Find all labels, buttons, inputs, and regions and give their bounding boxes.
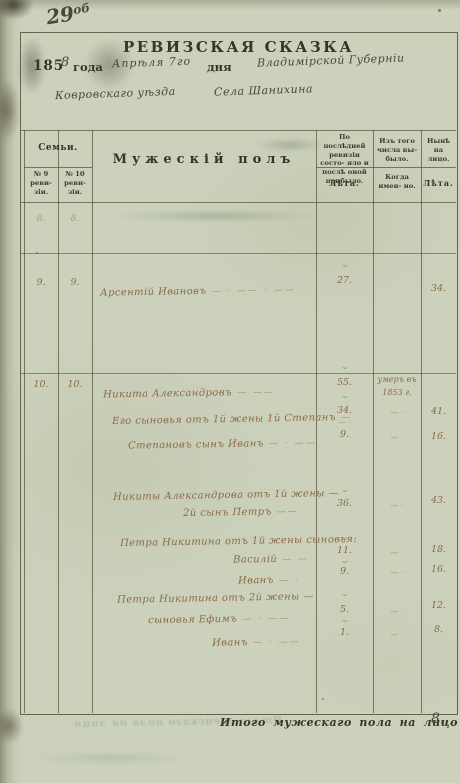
entry-line: Арсентій Ивановъ — · —— · —— xyxy=(100,277,296,299)
entry-line: Иванъ — · —— xyxy=(212,629,301,650)
flourish-mark: ⌣ xyxy=(316,261,373,271)
age-now: 18. xyxy=(421,544,456,555)
leader-dash: — · xyxy=(373,408,421,417)
table-top-line xyxy=(21,130,456,131)
leader-dash: — · xyxy=(373,433,421,442)
footer-total-value: 8. xyxy=(431,711,444,727)
age-now: 16. xyxy=(421,564,456,575)
header-departed: Изъ того числа вы- было. xyxy=(374,137,420,163)
row-divider-2 xyxy=(21,373,456,374)
bottom-band-stain xyxy=(30,752,190,764)
entry-line: 2й сынъ Петръ —— xyxy=(183,499,299,520)
corner-stain xyxy=(0,0,34,20)
day-word: дня xyxy=(207,60,232,74)
header-bottom-line xyxy=(21,202,456,203)
entry-name: сыновья Ефимъ xyxy=(148,614,237,627)
flourish-mark: ⌣ xyxy=(316,392,373,402)
row-divider-1 xyxy=(21,253,456,254)
dash-leader: — · —— xyxy=(269,438,317,449)
entry-name: Никита Александровъ xyxy=(103,387,232,400)
age-prev: 34. xyxy=(316,405,373,416)
page-number-suffix: об xyxy=(72,1,91,17)
cell-rev9: 9. xyxy=(24,277,58,288)
month-day-handwritten: Апрѣля 7го xyxy=(112,55,192,71)
dash-leader: — · —— xyxy=(242,614,290,625)
age-prev: 55. xyxy=(316,377,373,388)
age-now: 41. xyxy=(421,406,456,417)
subheader-when: Когда имен- но. xyxy=(374,173,420,191)
left-edge-stain xyxy=(0,78,20,142)
scanned-revision-list-page: 29об РЕВИЗСКАЯ СКАЗКА 185 8 года Апрѣля … xyxy=(0,0,460,783)
entry-name: Иванъ xyxy=(212,637,248,649)
entry-line: Василій — — xyxy=(233,546,309,566)
age-prev: 9. xyxy=(316,429,373,440)
dash-leader: — — xyxy=(282,554,309,564)
departed-when-line2: 1853 г. xyxy=(373,388,421,397)
header-rev9: № 9 реви- зіи. xyxy=(25,170,57,196)
leader-dash: — · xyxy=(373,501,421,510)
age-now: 16. xyxy=(421,431,456,442)
flourish-mark: ⌣ xyxy=(316,486,373,496)
dash-leader: — —— xyxy=(237,387,275,398)
year-handwritten: 8 xyxy=(61,55,69,70)
age-prev: 1. xyxy=(316,627,373,638)
header-male-sex: Мужескій полъ xyxy=(92,152,316,167)
leader-dash: — · xyxy=(373,548,421,557)
cell-rev9: 10. xyxy=(24,379,58,390)
leader-dash: — · xyxy=(373,568,421,577)
age-prev: 27. xyxy=(316,275,373,286)
age-now: 43. xyxy=(421,495,456,506)
entry-name: Петра Никитина отъ 2й жены — xyxy=(117,591,314,605)
col-line-prev xyxy=(373,130,374,713)
leader-dash: — · xyxy=(373,607,421,616)
age-prev: 11. xyxy=(316,545,373,556)
ditto-dash: — · xyxy=(316,418,373,427)
leader-dash: — · xyxy=(373,630,421,639)
age-prev: 5. xyxy=(316,604,373,615)
age-prev: 36. xyxy=(316,498,373,509)
age-now: 12. xyxy=(421,600,456,611)
flourish-mark: ⌣ xyxy=(316,616,373,626)
subheader-years-prev: Лѣта. xyxy=(316,178,373,188)
cell-rev10: 10. xyxy=(58,379,92,390)
header-families: Семьи. xyxy=(24,143,92,153)
entry-line: Никита Александровъ — —— xyxy=(103,380,275,402)
dash-leader: — · —— · —— xyxy=(211,285,295,296)
page-number-value: 29 xyxy=(44,1,75,29)
entry-line: сыновья Ефимъ — · —— xyxy=(148,606,290,627)
col-line-rev10 xyxy=(92,130,93,713)
age-now: 8. xyxy=(421,624,456,635)
year-printed: 185 xyxy=(33,58,64,74)
flourish-mark: ⌣ xyxy=(316,557,373,567)
entry-name: Степановъ сынъ Иванъ xyxy=(128,438,264,451)
header-rev10: № 10 реви- зіи. xyxy=(59,170,91,196)
subheader-years-now: Лѣта. xyxy=(421,178,456,188)
year-word: года xyxy=(73,60,103,74)
cell-rev10: 9. xyxy=(58,277,92,288)
dash-leader: — · —— xyxy=(253,637,301,648)
footer-total-label: Итого мужескаго пола на лицо xyxy=(220,716,425,729)
header-present: Нынѣ на лицо. xyxy=(422,137,455,163)
age-prev: 9. xyxy=(316,566,373,577)
flourish-mark: ⌣ xyxy=(316,363,373,373)
cell-rev10: 8. xyxy=(58,213,92,224)
entry-line: Петра Никитина отъ 2й жены — xyxy=(117,584,314,606)
departed-when-line1: умеръ въ xyxy=(373,375,421,384)
age-now: 34. xyxy=(421,283,456,294)
entry-line: Степановъ сынъ Иванъ — · —— xyxy=(128,430,317,452)
dash-leader: —— xyxy=(277,507,299,517)
entry-name: Василій xyxy=(233,554,277,566)
entry-name: Арсентій Ивановъ xyxy=(100,286,207,299)
entry-name: 2й сынъ Петръ xyxy=(183,506,272,519)
cell-rev9: 8. xyxy=(24,213,58,224)
flourish-mark: ⌣ xyxy=(316,590,373,600)
paper-speck xyxy=(438,9,441,12)
page-number: 29об xyxy=(44,0,92,29)
flourish-mark: ⌣ xyxy=(316,533,373,543)
